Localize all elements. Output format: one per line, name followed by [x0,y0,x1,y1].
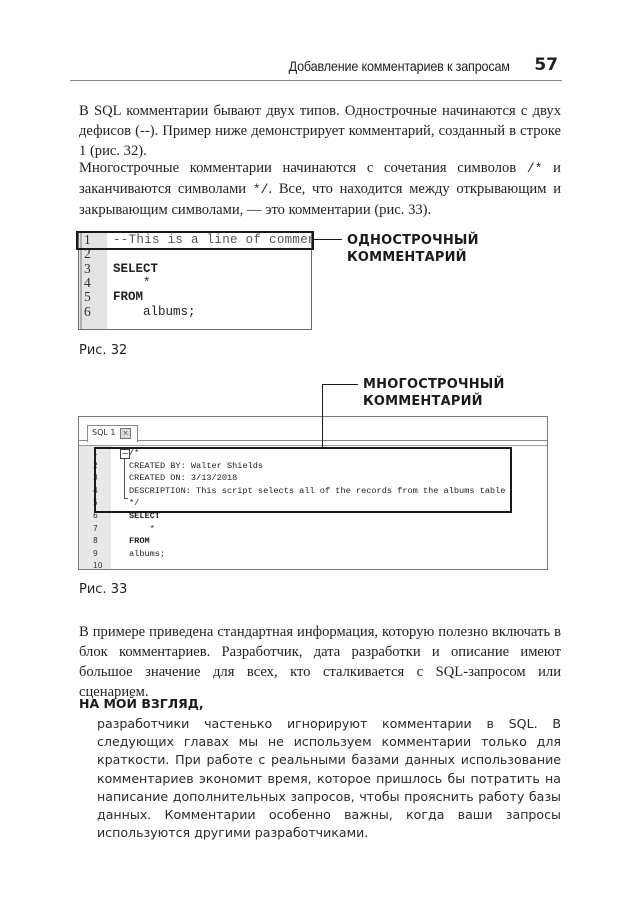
callout-line: МНОГОСТРОЧНЫЙ [363,376,505,393]
tab-sql-1[interactable]: SQL 1 × [87,425,138,442]
code-line: 9albums; [79,548,547,561]
open-comment-symbol: /* [527,161,543,176]
code-line: 10 [79,560,547,570]
paragraph-comment-types: В SQL комментарии бывают двух типов. Одн… [79,101,561,161]
paragraph-multiline-comments: Многострочные комментарии начинаются с с… [79,158,561,220]
line-number: 9 [93,548,109,561]
close-comment-symbol: */ [253,182,269,197]
callout-connector [312,239,342,240]
text-segment: Многострочные комментарии начинаются с с… [79,160,527,176]
note-body: разработчики частенько игнорируют коммен… [97,715,561,842]
line-number: 7 [93,523,109,536]
figure-33-caption: Рис. 33 [79,582,127,597]
tab-bar-border [79,440,547,441]
code-line: 7 * [79,523,547,536]
close-icon[interactable]: × [120,428,131,439]
callout-multi-line-comment: МНОГОСТРОЧНЫЙ КОММЕНТАРИЙ [363,376,505,410]
line-number: 3 [84,262,104,276]
callout-line: КОММЕНТАРИЙ [347,249,479,266]
running-header: Добавление комментариев к запросам 57 [70,50,562,81]
code-line: 8FROM [79,535,547,548]
callout-connector [322,384,323,448]
running-title: Добавление комментариев к запросам [289,58,510,74]
code-text: FROM [113,290,143,304]
line-number: 8 [93,535,109,548]
code-line: 5FROM [79,290,311,304]
note-heading: НА МОЙ ВЗГЛЯД, [79,696,204,711]
line-number: 4 [84,276,104,290]
callout-connector [322,384,358,385]
code-text: * [113,276,151,290]
line-number: 5 [84,290,104,304]
line-number: 6 [84,305,104,319]
code-text: albums; [129,548,165,561]
page-number: 57 [534,55,558,75]
line-number: 10 [93,560,109,570]
single-line-comment-highlight [76,231,314,250]
tab-label: SQL 1 [92,428,115,437]
code-text: albums; [113,305,196,319]
multi-line-comment-highlight [94,447,512,513]
code-line: 4 * [79,276,311,290]
code-text: SELECT [113,262,158,276]
callout-line: КОММЕНТАРИЙ [363,393,505,410]
paragraph-standard-info: В примере приведена стандартная информац… [79,622,561,702]
code-line: 6 albums; [79,305,311,319]
code-text: * [129,523,155,536]
callout-line: ОДНОСТРОЧНЫЙ [347,232,479,249]
callout-single-line-comment: ОДНОСТРОЧНЫЙ КОММЕНТАРИЙ [347,232,479,266]
code-text: FROM [129,535,150,548]
code-line: 3SELECT [79,262,311,276]
figure-32-caption: Рис. 32 [79,343,127,358]
